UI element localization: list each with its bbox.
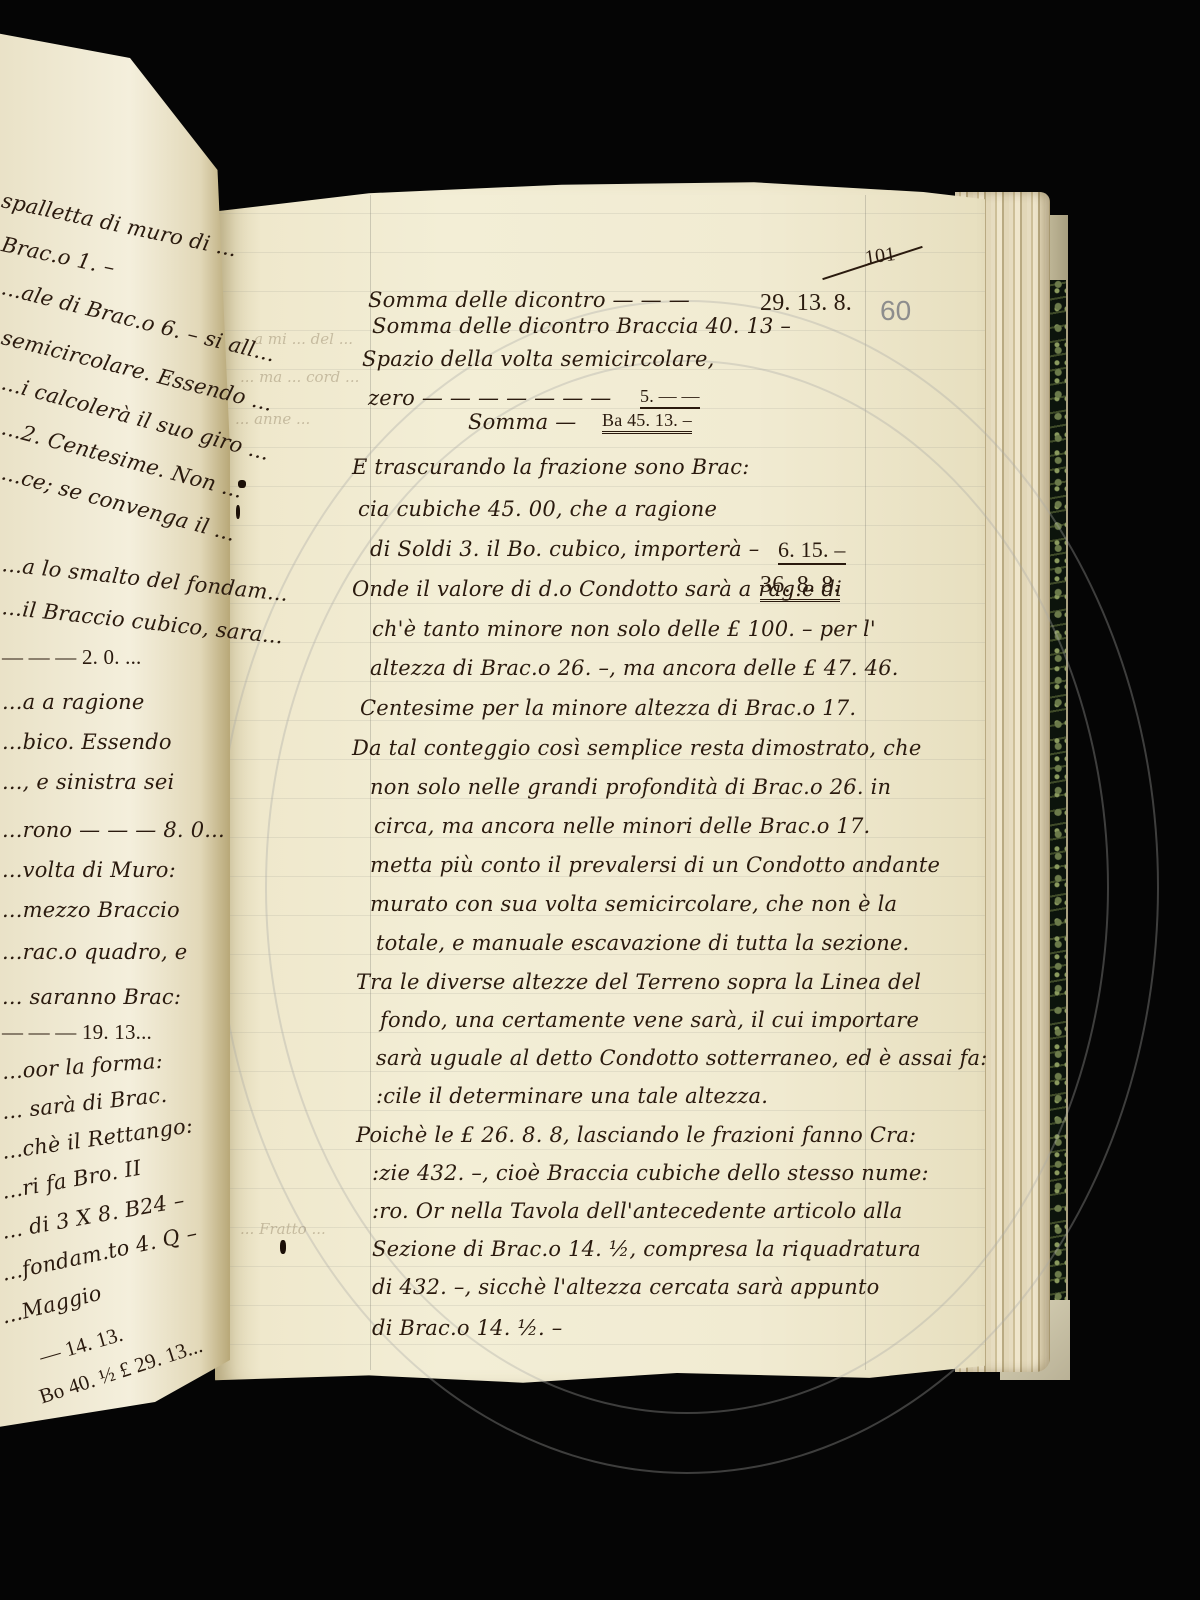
manuscript-line: ... saranno Brac: [2,985,181,1009]
amount-value: 29. 13. 8. [760,290,852,317]
manuscript-line: sarà uguale al detto Condotto sotterrane… [376,1046,988,1070]
pencil-page-number: 60 [880,295,911,327]
manuscript-line: Spazio della volta semicircolare, [362,347,715,371]
manuscript-line: fondo, una certamente vene sarà, il cui … [380,1008,919,1032]
manuscript-line: ...a a ragione [2,690,145,714]
manuscript-line: ...rono — — — 8. 0... [2,818,225,842]
ink-blot [280,1240,286,1254]
bleed-through-text: ... Fratto ... [240,1220,326,1238]
manuscript-line: murato con sua volta semicircolare, che … [370,892,897,916]
manuscript-line: ...rac.o quadro, e [2,940,187,964]
manuscript-line: altezza di Brac.o 26. –, ma ancora delle… [370,656,899,680]
manuscript-line: Centesime per la minore altezza di Brac.… [360,696,856,720]
folio-number: 101 [864,243,898,270]
manuscript-line: ...mezzo Braccio [2,898,180,922]
manuscript-line: :zie 432. –, cioè Braccia cubiche dello … [372,1161,929,1185]
manuscript-line: :ro. Or nella Tavola dell'antecedente ar… [372,1199,903,1223]
manuscript-line: di Soldi 3. il Bo. cubico, importerà – [370,537,759,561]
manuscript-line: Da tal conteggio così semplice resta dim… [352,736,921,760]
manuscript-line: zero — — — — — — — [368,386,612,410]
manuscript-line: Somma delle dicontro Braccia 40. 13 – [372,314,791,338]
manuscript-photo: ... a mi ... del ... ... ma ... cord ...… [0,0,1200,1600]
manuscript-line: Somma — [468,410,576,434]
manuscript-line: Sezione di Brac.o 14. ½, compresa la riq… [372,1237,921,1261]
bleed-through-text: ... anne ... [235,410,310,428]
manuscript-line: di 432. –, sicchè l'altezza cercata sarà… [372,1275,880,1299]
manuscript-line: ..., e sinistra sei [2,770,174,794]
amount-value: 6. 15. – [778,537,846,565]
manuscript-line: non solo nelle grandi profondità di Brac… [370,775,891,799]
manuscript-line: ...volta di Muro: [2,858,176,882]
ink-blot [236,505,240,519]
manuscript-line: Somma delle dicontro — — — [368,288,690,312]
amount-total: 36. 8. 8. [760,572,840,602]
manuscript-line: di Brac.o 14. ½. – [372,1316,562,1340]
manuscript-line: Tra le diverse altezze del Terreno sopra… [356,970,921,994]
manuscript-line: Poichè le £ 26. 8. 8, lasciando le frazi… [356,1123,916,1147]
manuscript-line: totale, e manuale escavazione di tutta l… [376,931,909,955]
manuscript-line: circa, ma ancora nelle minori delle Brac… [374,814,870,838]
manuscript-line: — — — 19. 13... [2,1020,152,1045]
manuscript-line: E trascurando la frazione sono Brac: [352,455,750,479]
manuscript-line: cia cubiche 45. 00, che a ragione [358,497,717,521]
amount-value: 5. — — [640,386,700,409]
manuscript-line: — — — 2. 0. ... [2,645,142,670]
manuscript-line: ch'è tanto minore non solo delle £ 100. … [372,617,876,641]
bleed-through-text: ... ma ... cord ... [240,368,359,386]
manuscript-line: :cile il determinare una tale altezza. [376,1084,768,1108]
manuscript-line: ...bico. Essendo [2,730,172,754]
manuscript-line: metta più conto il prevalersi di un Cond… [370,853,940,877]
amount-total: Ba 45. 13. – [602,410,692,434]
